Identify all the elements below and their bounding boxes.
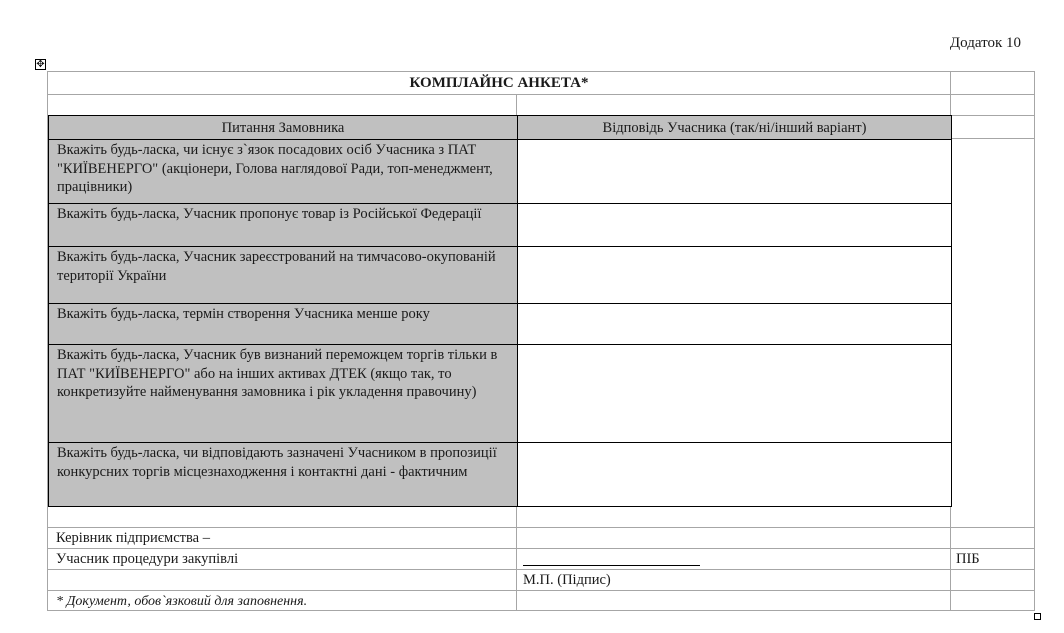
table-row: Вкажіть будь-ласка, чи відповідають зазн… bbox=[49, 443, 952, 507]
gridline bbox=[47, 590, 1035, 591]
footnote: * Документ, обов`язковий для заповнення. bbox=[56, 593, 307, 611]
seal-signature-label: М.П. (Підпис) bbox=[523, 571, 611, 589]
gridline bbox=[47, 94, 1035, 95]
gridline bbox=[47, 548, 1035, 549]
answer-cell[interactable] bbox=[518, 140, 952, 204]
question-cell: Вкажіть будь-ласка, Учасник пропонує тов… bbox=[49, 204, 518, 247]
questionnaire-table: Питання Замовника Відповідь Учасника (та… bbox=[48, 115, 952, 507]
gridline bbox=[1034, 71, 1035, 611]
answer-cell[interactable] bbox=[518, 204, 952, 247]
table-row: Вкажіть будь-ласка, Учасник був визнаний… bbox=[49, 345, 952, 443]
appendix-label: Додаток 10 bbox=[950, 35, 1021, 52]
table-row: Вкажіть будь-ласка, Учасник пропонує тов… bbox=[49, 204, 952, 247]
question-cell: Вкажіть будь-ласка, чи існує з`язок поса… bbox=[49, 140, 518, 204]
table-move-handle-icon[interactable]: ✥ bbox=[35, 59, 46, 70]
question-cell: Вкажіть будь-ласка, Учасник був визнаний… bbox=[49, 345, 518, 443]
gridline bbox=[47, 527, 1035, 528]
signature-line[interactable] bbox=[523, 565, 700, 566]
gridline bbox=[516, 94, 517, 115]
table-row: Вкажіть будь-ласка, чи існує з`язок поса… bbox=[49, 140, 952, 204]
gridline bbox=[47, 569, 1035, 570]
form-title: КОМПЛАЙНС АНКЕТА* bbox=[48, 72, 950, 94]
header-answers: Відповідь Учасника (так/ні/інший варіант… bbox=[518, 116, 952, 140]
table-row: Вкажіть будь-ласка, Учасник зареєстрован… bbox=[49, 247, 952, 304]
question-cell: Вкажіть будь-ласка, термін створення Уча… bbox=[49, 304, 518, 345]
answer-cell[interactable] bbox=[518, 247, 952, 304]
gridline bbox=[950, 138, 1035, 139]
head-of-enterprise-label: Керівник підприємства – bbox=[56, 529, 210, 547]
participant-label: Учасник процедури закупівлі bbox=[56, 550, 238, 568]
table-row: Вкажіть будь-ласка, термін створення Уча… bbox=[49, 304, 952, 345]
answer-cell[interactable] bbox=[518, 304, 952, 345]
answer-cell[interactable] bbox=[518, 345, 952, 443]
header-questions: Питання Замовника bbox=[49, 116, 518, 140]
full-name-label: ПІБ bbox=[956, 550, 980, 568]
table-resize-handle-icon[interactable] bbox=[1034, 613, 1041, 620]
question-cell: Вкажіть будь-ласка, Учасник зареєстрован… bbox=[49, 247, 518, 304]
answer-cell[interactable] bbox=[518, 443, 952, 507]
question-cell: Вкажіть будь-ласка, чи відповідають зазн… bbox=[49, 443, 518, 507]
gridline bbox=[950, 115, 1035, 116]
table-header-row: Питання Замовника Відповідь Учасника (та… bbox=[49, 116, 952, 140]
gridline bbox=[516, 505, 517, 611]
